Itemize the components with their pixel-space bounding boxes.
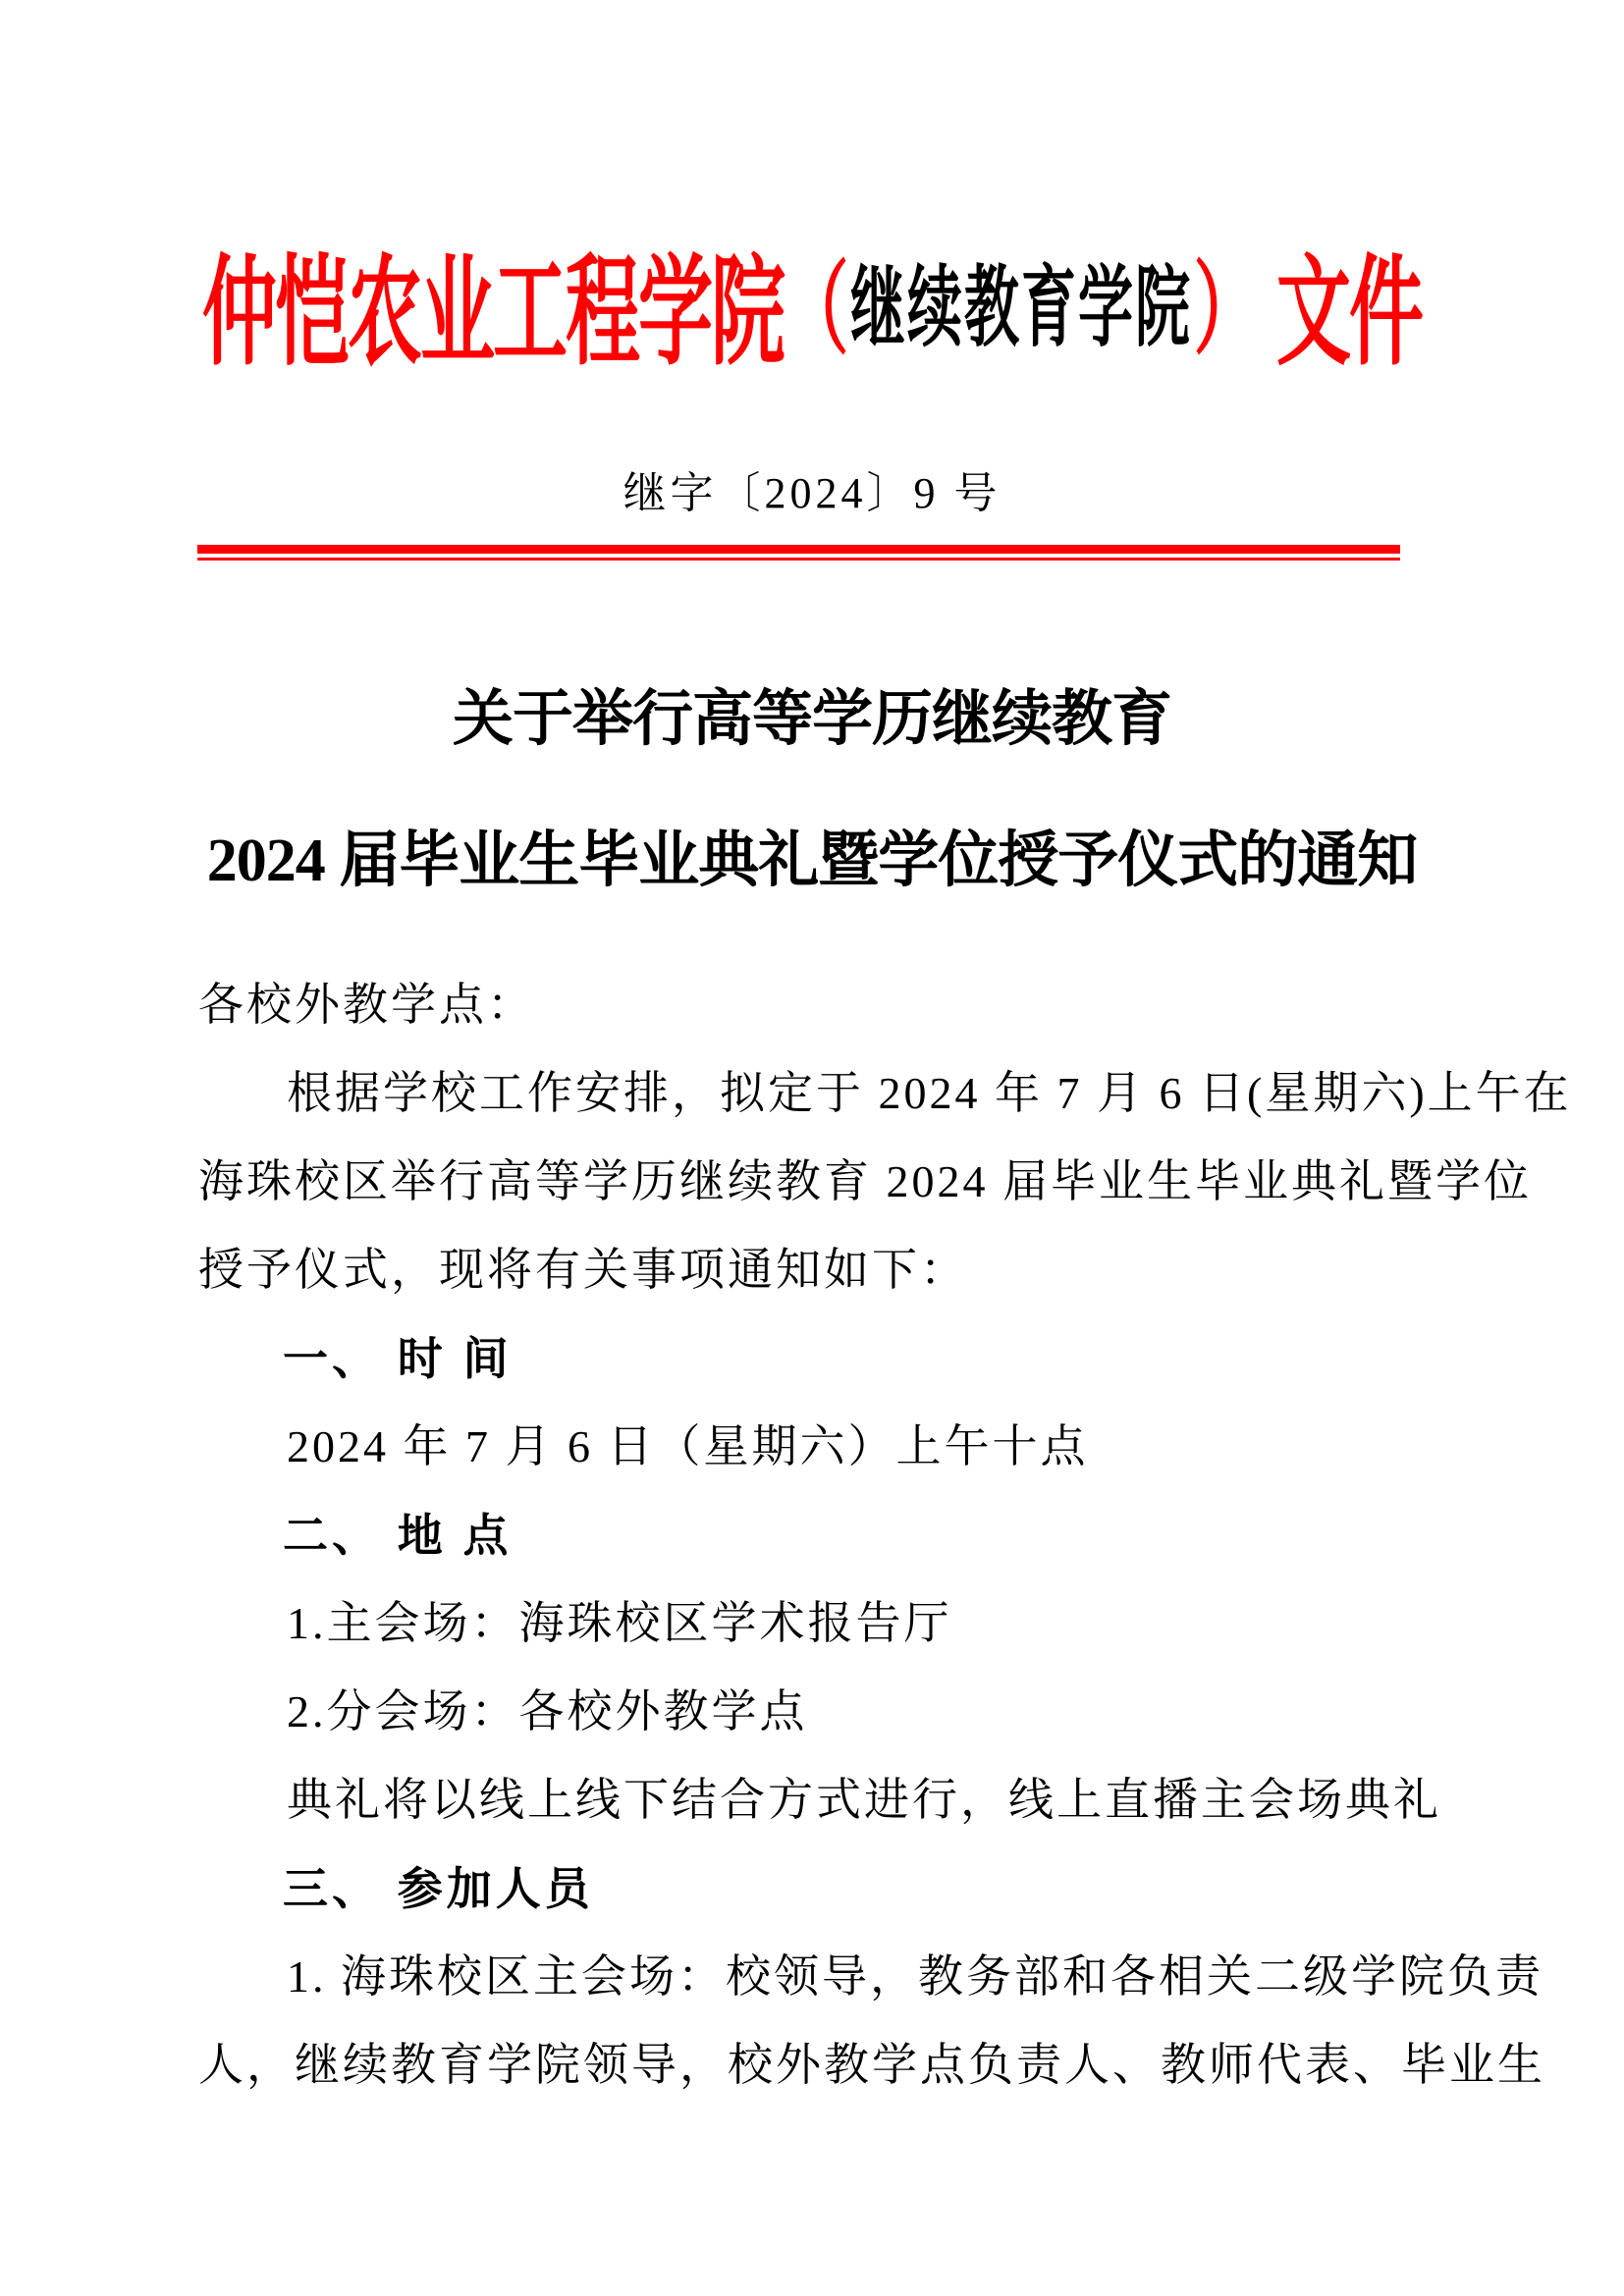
red-rule-thin xyxy=(197,558,1400,561)
body-line-attendees-1: 1. 海珠校区主会场：校领导，教务部和各相关二级学院负责 xyxy=(198,1933,1524,2021)
body-line-ceremony-mode: 典礼将以线上线下结合方式进行，线上直播主会场典礼 xyxy=(198,1756,1524,1844)
document-title-line1: 关于举行高等学历继续教育 xyxy=(0,669,1624,757)
section-heading-time: 一、 时 间 xyxy=(198,1314,1524,1403)
red-letterhead: 仲恺农业工程学院 （ 继续教育学院 ） 文件 xyxy=(0,168,1624,435)
document-number: 继字〔2024〕9 号 xyxy=(0,457,1624,520)
letterhead-paren-open: （ xyxy=(785,229,848,373)
body-line-intro-3: 授予仪式，现将有关事项通知如下： xyxy=(198,1226,1524,1314)
letterhead-org-name: 仲恺农业工程学院 xyxy=(202,216,784,387)
red-rule-thick xyxy=(197,545,1400,554)
document-page: 仲恺农业工程学院 （ 继续教育学院 ） 文件 继字〔2024〕9 号 关于举行高… xyxy=(0,0,1624,2296)
body-line-branch-venue: 2.分会场：各校外教学点 xyxy=(198,1668,1524,1756)
body-line-attendees-2: 人，继续教育学院领导，校外教学点负责人、教师代表、毕业生 xyxy=(198,2021,1524,2109)
document-body: 各校外教学点： 根据学校工作安排，拟定于 2024 年 7 月 6 日(星期六)… xyxy=(198,961,1524,2109)
letterhead-dept-name: 继续教育学院 xyxy=(850,239,1192,364)
body-line-time-value: 2024 年 7 月 6 日（星期六）上午十点 xyxy=(198,1403,1524,1491)
section-heading-location: 二、 地 点 xyxy=(198,1491,1524,1579)
body-line-intro-1: 根据学校工作安排，拟定于 2024 年 7 月 6 日(星期六)上午在 xyxy=(198,1049,1524,1138)
body-line-salutation: 各校外教学点： xyxy=(198,961,1524,1049)
section-heading-attendees: 三、 参加人员 xyxy=(198,1844,1524,1933)
letterhead-paren-close: ） xyxy=(1194,229,1257,373)
body-line-main-venue: 1.主会场：海珠校区学术报告厅 xyxy=(198,1579,1524,1668)
document-title-line2: 2024 届毕业生毕业典礼暨学位授予仪式的通知 xyxy=(0,811,1624,898)
letterhead-doc-type: 文件 xyxy=(1276,216,1422,387)
body-line-intro-2: 海珠校区举行高等学历继续教育 2024 届毕业生毕业典礼暨学位 xyxy=(198,1138,1524,1226)
